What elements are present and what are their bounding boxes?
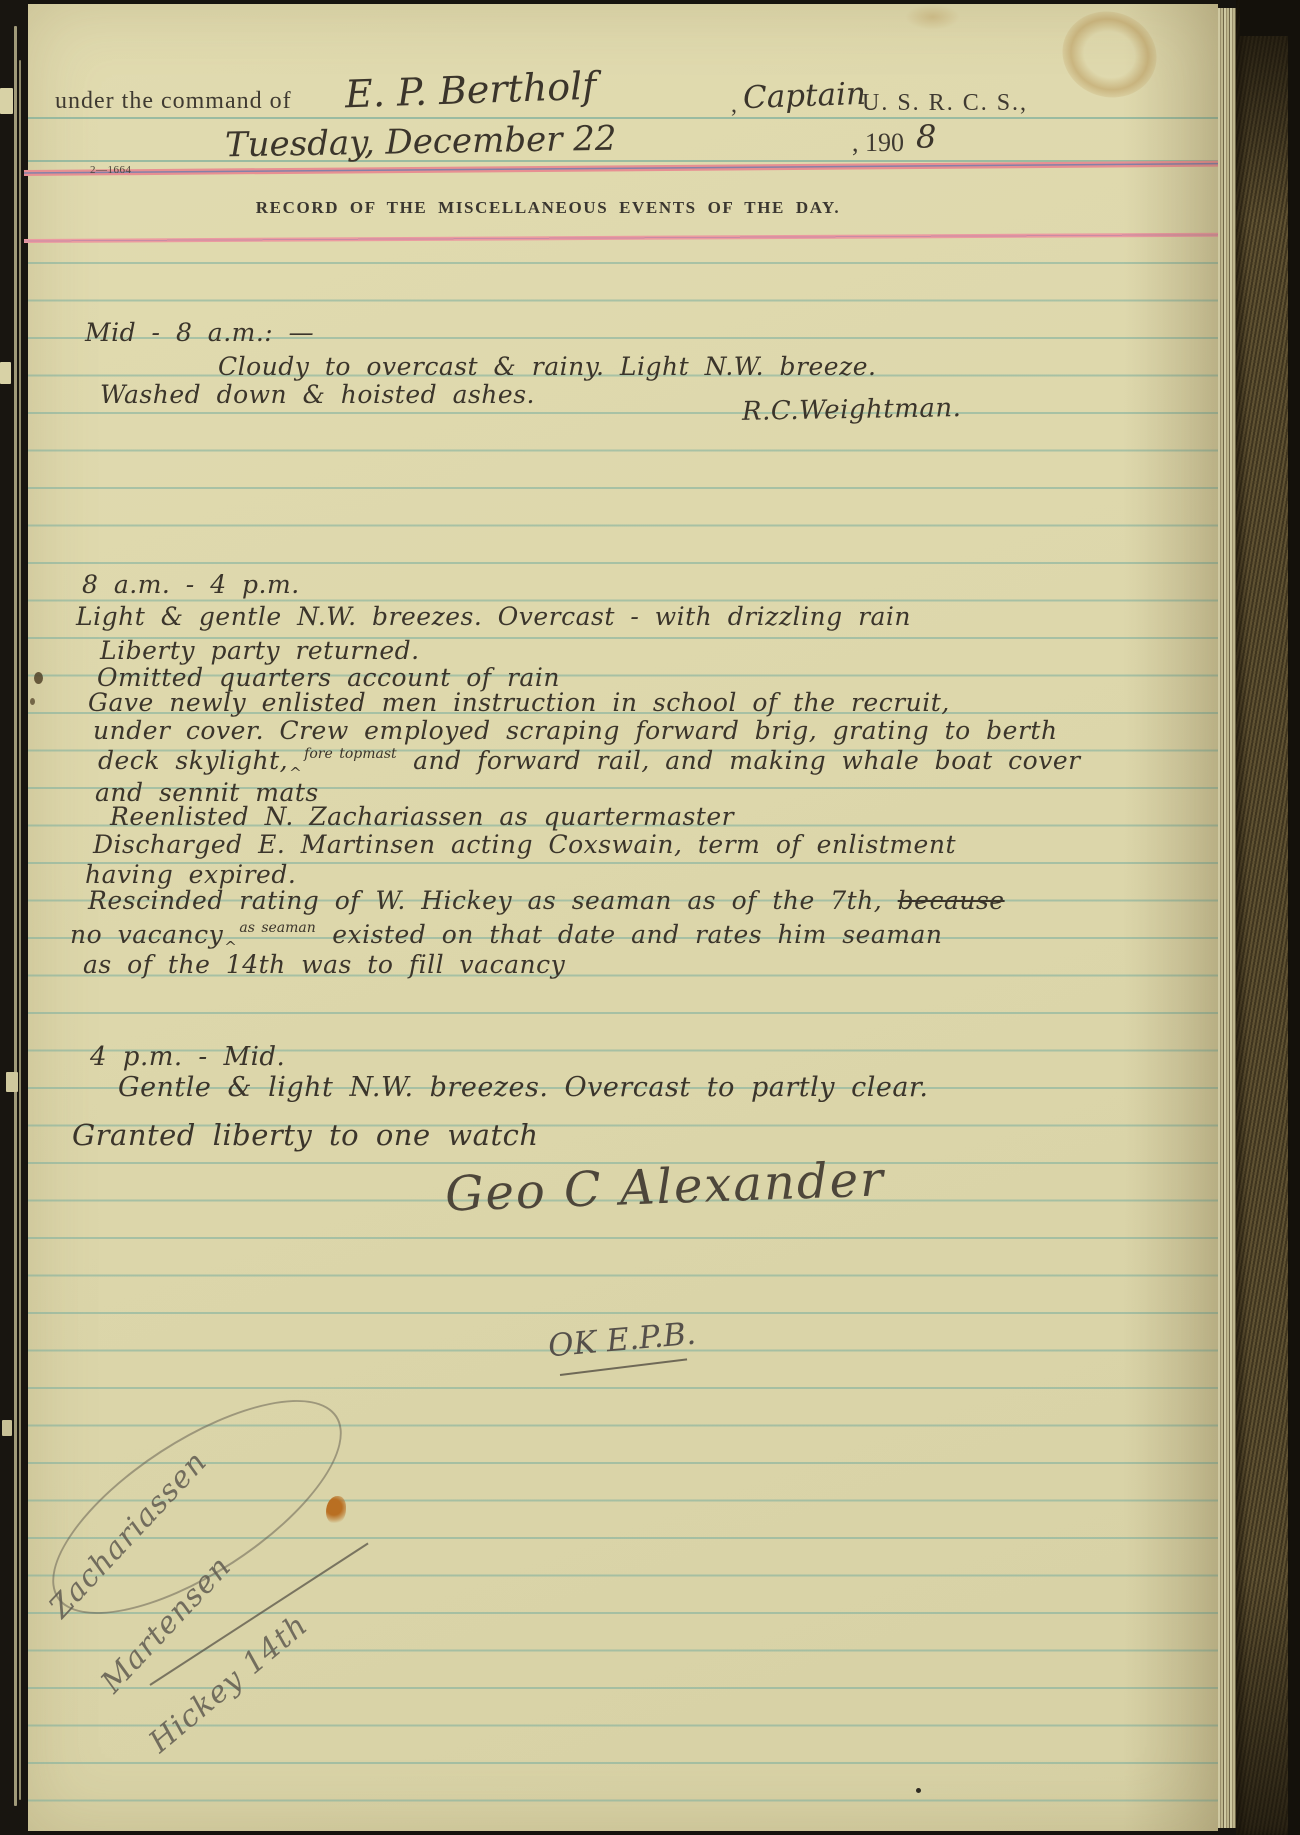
page-edge-notch [0,88,13,114]
red-margin-rule [24,161,1222,176]
year-digit-handwritten: 8 [916,118,936,156]
log-line-with-insert: deck skylight,^fore topmast and forward … [98,746,1081,775]
page-edge-sliver [19,60,21,1800]
log-line-with-insert: no vacancy^as seaman existed on that dat… [70,920,943,949]
stain [905,4,960,30]
date-handwritten: Tuesday, December 22 [225,119,617,166]
watch-heading: Mid - 8 a.m.: — [85,318,314,347]
log-line: Gave newly enlisted men instruction in s… [88,688,950,717]
binding-shadow [1236,0,1296,1835]
log-line: Washed down & hoisted ashes. [100,380,535,409]
log-line: Discharged E. Martinsen acting Coxswain,… [93,830,956,859]
log-line: under cover. Crew employed scraping forw… [93,716,1058,745]
struck-word: because [898,886,1005,915]
watch-heading: 8 a.m. - 4 p.m. [82,570,300,599]
page-edge-sliver [14,26,17,1806]
section-title: RECORD OF THE MISCELLANEOUS EVENTS OF TH… [128,198,968,218]
form-number: 2—1664 [90,164,132,176]
log-line-segment: and forward rail, and making whale boat … [413,746,1080,775]
log-line-with-strikeout: Rescinded rating of W. Hickey as seaman … [88,886,1005,915]
log-line-segment: existed on that date and rates him seama… [332,920,942,949]
red-margin-rule [24,233,1222,243]
log-line: Cloudy to overcast & rainy. Light N.W. b… [218,352,877,381]
scanned-logbook-photo: { "header": { "printed_prefix": "under t… [0,0,1300,1835]
interline-insertion: fore topmast [304,746,397,762]
log-line: Light & gentle N.W. breezes. Overcast - … [76,602,911,631]
watch-heading: 4 p.m. - Mid. [90,1042,285,1072]
interline-insertion: as seaman [239,920,315,936]
page-edge-notch [2,1420,12,1436]
printed-comma: , [731,92,737,119]
commander-signature: E. P. Bertholf [344,64,597,117]
log-line: Gentle & light N.W. breezes. Overcast to… [118,1072,928,1103]
printed-year-prefix: , 190 [852,128,904,158]
log-line: as of the 14th was to fill vacancy [83,950,565,979]
page-edge-notch [6,1072,18,1092]
log-line-segment: no vacancy [70,920,223,949]
gutter-shadow [1123,4,1218,1831]
log-line: Liberty party returned. [100,636,420,665]
page-edge-notch [0,362,11,384]
ruled-line [28,117,1218,119]
log-line-segment: Rescinded rating of W. Hickey as seaman … [88,886,882,915]
page-edge-stack [1218,8,1236,1828]
log-line: Reenlisted N. Zachariassen as quartermas… [110,802,734,831]
log-line: Granted liberty to one watch [72,1118,539,1152]
watch-officer-signature: R.C.Weightman. [742,393,962,427]
cover-edge-dark [1288,0,1300,1835]
printed-service-abbrev: U. S. R. C. S., [862,90,1028,117]
printed-command-label: under the command of [55,88,292,115]
logbook-page: under the command of E. P. Bertholf , Ca… [28,4,1218,1831]
rank-handwritten: Captain [742,76,866,116]
book-left-edge [0,0,28,1835]
log-line-segment: deck skylight, [98,746,288,775]
log-line: having expired. [85,860,296,889]
